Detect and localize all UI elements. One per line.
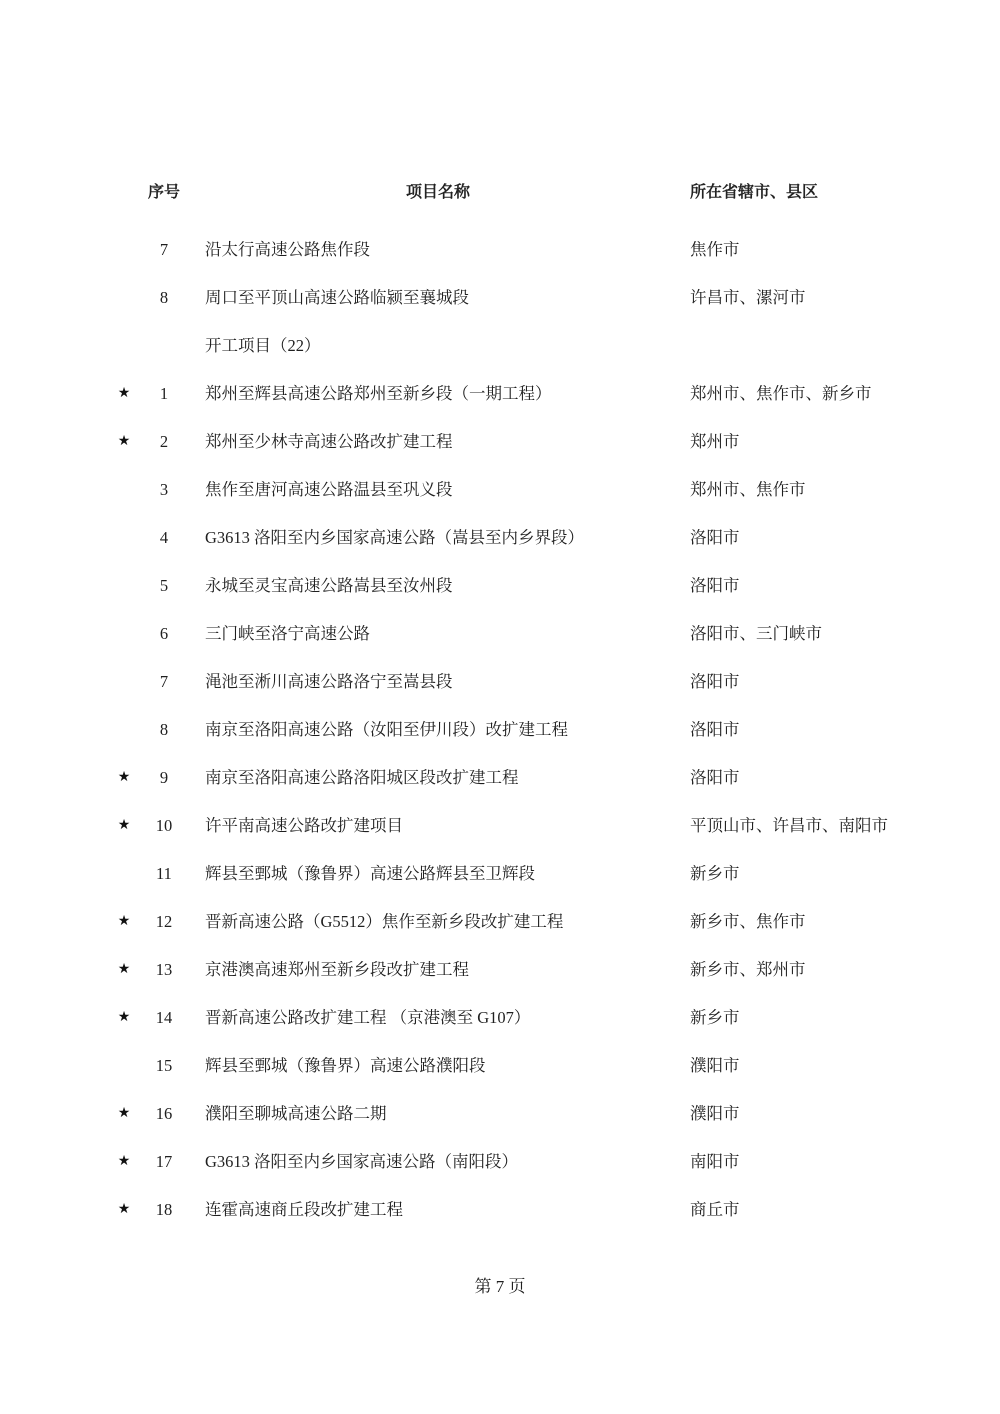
row-index: 17 [142,1150,186,1174]
table-row: 11 辉县至鄄城（豫鲁界）高速公路辉县至卫辉段 新乡市 [106,850,936,898]
table-row: 8 周口至平顶山高速公路临颍至襄城段 许昌市、漯河市 [106,274,936,322]
project-name: G3613 洛阳至内乡国家高速公路（南阳段） [186,1150,690,1174]
star-icon: ★ [106,816,142,836]
row-index: 12 [142,910,186,934]
row-index: 18 [142,1198,186,1222]
project-location: 焦作市 [690,235,915,265]
table-row: 7 渑池至淅川高速公路洛宁至嵩县段 洛阳市 [106,658,936,706]
table-row: ★ 14 晋新高速公路改扩建工程 （京港澳至 G107） 新乡市 [106,994,936,1042]
star-icon: ★ [106,1104,142,1124]
star-icon: ★ [106,768,142,788]
project-location: 洛阳市 [690,523,915,553]
star-icon: ★ [106,1152,142,1172]
project-name: 濮阳至聊城高速公路二期 [186,1102,690,1126]
table-header-row: 序号 项目名称 所在省辖市、县区 [106,178,936,208]
project-name: 郑州至辉县高速公路郑州至新乡段（一期工程） [186,382,690,406]
project-name: 周口至平顶山高速公路临颍至襄城段 [186,286,690,310]
star-icon: ★ [106,912,142,932]
row-index: 9 [142,766,186,790]
project-name: 京港澳高速郑州至新乡段改扩建工程 [186,958,690,982]
star-icon: ★ [106,960,142,980]
project-name: 郑州至少林寺高速公路改扩建工程 [186,430,690,454]
project-name: 连霍高速商丘段改扩建工程 [186,1198,690,1222]
star-icon: ★ [106,432,142,452]
project-name: 辉县至鄄城（豫鲁界）高速公路濮阳段 [186,1054,690,1078]
project-location: 新乡市 [690,1003,915,1033]
table-row: 8 南京至洛阳高速公路（汝阳至伊川段）改扩建工程 洛阳市 [106,706,936,754]
row-index: 16 [142,1102,186,1126]
project-location: 郑州市、焦作市、新乡市 [690,379,915,409]
row-index: 10 [142,814,186,838]
project-location: 新乡市 [690,859,915,889]
column-header-index: 序号 [142,181,186,204]
row-index: 2 [142,430,186,454]
page-number-footer: 第 7 页 [0,1272,1000,1297]
table-row: ★ 13 京港澳高速郑州至新乡段改扩建工程 新乡市、郑州市 [106,946,936,994]
row-index: 11 [142,862,186,886]
row-index: 8 [142,718,186,742]
row-index: 8 [142,286,186,310]
row-index: 6 [142,622,186,646]
table-row: ★ 17 G3613 洛阳至内乡国家高速公路（南阳段） 南阳市 [106,1138,936,1186]
star-icon: ★ [106,1008,142,1028]
project-name: 焦作至唐河高速公路温县至巩义段 [186,478,690,502]
table-row: ★ 10 许平南高速公路改扩建项目 平顶山市、许昌市、南阳市 [106,802,936,850]
section-header-label: 开工项目（22） [186,334,690,358]
project-name: 沿太行高速公路焦作段 [186,238,690,262]
table-row: ★ 9 南京至洛阳高速公路洛阳城区段改扩建工程 洛阳市 [106,754,936,802]
document-page: 序号 项目名称 所在省辖市、县区 7 沿太行高速公路焦作段 焦作市 8 周口至平… [0,0,1000,1414]
project-name: 南京至洛阳高速公路洛阳城区段改扩建工程 [186,766,690,790]
row-index: 5 [142,574,186,598]
row-index: 7 [142,238,186,262]
project-name: 渑池至淅川高速公路洛宁至嵩县段 [186,670,690,694]
table-row: 15 辉县至鄄城（豫鲁界）高速公路濮阳段 濮阳市 [106,1042,936,1090]
project-name: 三门峡至洛宁高速公路 [186,622,690,646]
project-location: 新乡市、郑州市 [690,955,915,985]
row-index: 7 [142,670,186,694]
project-name: 南京至洛阳高速公路（汝阳至伊川段）改扩建工程 [186,718,690,742]
table-row: 4 G3613 洛阳至内乡国家高速公路（嵩县至内乡界段） 洛阳市 [106,514,936,562]
project-location: 濮阳市 [690,1099,915,1129]
table-row: 6 三门峡至洛宁高速公路 洛阳市、三门峡市 [106,610,936,658]
section-header-row: 开工项目（22） [106,322,936,370]
project-location: 洛阳市 [690,667,915,697]
project-name: 许平南高速公路改扩建项目 [186,814,690,838]
table-row: 7 沿太行高速公路焦作段 焦作市 [106,226,936,274]
row-index: 14 [142,1006,186,1030]
project-name: 永城至灵宝高速公路嵩县至汝州段 [186,574,690,598]
project-name: G3613 洛阳至内乡国家高速公路（嵩县至内乡界段） [186,526,690,550]
star-icon: ★ [106,1200,142,1220]
table-row: ★ 18 连霍高速商丘段改扩建工程 商丘市 [106,1186,936,1234]
project-location: 平顶山市、许昌市、南阳市 [690,811,915,841]
project-name: 辉县至鄄城（豫鲁界）高速公路辉县至卫辉段 [186,862,690,886]
column-header-project-name: 项目名称 [186,181,690,204]
table-row: ★ 16 濮阳至聊城高速公路二期 濮阳市 [106,1090,936,1138]
project-location: 南阳市 [690,1147,915,1177]
row-index: 3 [142,478,186,502]
project-table: 序号 项目名称 所在省辖市、县区 7 沿太行高速公路焦作段 焦作市 8 周口至平… [0,0,936,1234]
project-location: 洛阳市 [690,763,915,793]
project-location: 新乡市、焦作市 [690,907,915,937]
table-row: 5 永城至灵宝高速公路嵩县至汝州段 洛阳市 [106,562,936,610]
table-row: ★ 1 郑州至辉县高速公路郑州至新乡段（一期工程） 郑州市、焦作市、新乡市 [106,370,936,418]
project-location: 洛阳市、三门峡市 [690,619,915,649]
project-location: 许昌市、漯河市 [690,283,915,313]
table-row: 3 焦作至唐河高速公路温县至巩义段 郑州市、焦作市 [106,466,936,514]
row-index: 4 [142,526,186,550]
table-row: ★ 2 郑州至少林寺高速公路改扩建工程 郑州市 [106,418,936,466]
project-location: 濮阳市 [690,1051,915,1081]
column-header-location: 所在省辖市、县区 [690,183,915,204]
project-location: 郑州市、焦作市 [690,475,915,505]
project-name: 晋新高速公路（G5512）焦作至新乡段改扩建工程 [186,910,690,934]
row-index: 1 [142,382,186,406]
project-location: 洛阳市 [690,715,915,745]
table-row: ★ 12 晋新高速公路（G5512）焦作至新乡段改扩建工程 新乡市、焦作市 [106,898,936,946]
project-location: 洛阳市 [690,571,915,601]
project-name: 晋新高速公路改扩建工程 （京港澳至 G107） [186,1006,690,1030]
project-location: 商丘市 [690,1195,915,1225]
project-location: 郑州市 [690,427,915,457]
row-index: 13 [142,958,186,982]
row-index: 15 [142,1054,186,1078]
star-icon: ★ [106,384,142,404]
